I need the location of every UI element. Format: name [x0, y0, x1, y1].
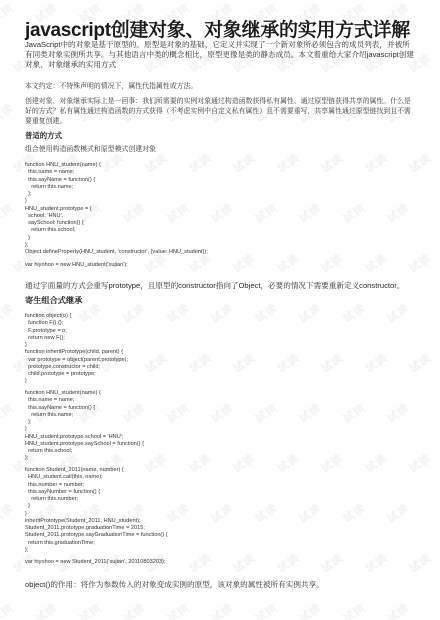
document-page: javascript创建对象、对象继承的实用方式详解 JavaScript中的对…: [0, 0, 440, 620]
code-line: }: [25, 235, 208, 242]
object-function-note: object()的作用：将作为参数传入的对象变成实例的原型，该对象的属性被所有实…: [25, 580, 417, 590]
code-line: return this.name;: [25, 412, 144, 419]
code-line: Student_2011.prototype.sayGraduationTime…: [25, 532, 168, 539]
code-line: };: [25, 242, 208, 249]
literal-prototype-note: 通过字面量的方式会重写prototype，且原型的constructor指向了O…: [25, 281, 417, 291]
code-line: saySchool: function() {: [25, 220, 208, 227]
code-line: this.sayName = function() {: [25, 405, 144, 412]
code-line: function object(o) {: [25, 313, 128, 320]
code-line: return this.school;: [25, 227, 208, 234]
section-heading-general: 普适的方式: [25, 130, 62, 141]
code-block-hnu-student: function HNU_student(name) { this.name =…: [25, 390, 144, 463]
code-line-instance-2011: var hiyohoo = new Student_2011('xujian',…: [25, 559, 165, 566]
code-line: };: [25, 455, 144, 462]
code-line: }: [25, 378, 128, 385]
page-title: javascript创建对象、对象继承的实用方式详解: [25, 15, 410, 42]
section-heading-parasitic-combination: 寄生组合式继承: [25, 295, 82, 306]
code-line: return this.number;: [25, 496, 168, 503]
code-line: function HNU_student(name) {: [25, 162, 208, 169]
section-subheading-combined-pattern: 组合使用构造函数模式和原型模式创建对象: [25, 145, 417, 155]
code-line: child.prototype = prototype;: [25, 371, 128, 378]
code-line: F.prototype = o;: [25, 328, 128, 335]
code-line: inheritPrototype(Student_2011, HNU_stude…: [25, 518, 168, 525]
code-line: HNU_student.call(this, name);: [25, 474, 168, 481]
code-line: prototype.constructor = child;: [25, 364, 128, 371]
code-line: this.name = name;: [25, 169, 208, 176]
code-line: }: [25, 511, 168, 518]
code-line: this.number = number;: [25, 482, 168, 489]
code-line: school: 'HNU',: [25, 213, 208, 220]
code-line: function Student_2011(name, number) {: [25, 467, 168, 474]
code-line: };: [25, 419, 144, 426]
code-line: var prototype = object(parent.prototype)…: [25, 357, 128, 364]
code-line: HNU_student.prototype.saySchool = functi…: [25, 441, 144, 448]
intro-paragraph: JavaScript中的对象是基于原型的。原型是对象的基础，它定义并实现了一个新…: [25, 40, 417, 70]
convention-paragraph: 本文约定：不特殊声明的情况下，属性代指属性或方法。: [25, 82, 417, 92]
code-block-inherit-prototype: function object(o) { function F() {}; F.…: [25, 313, 128, 386]
code-line: return this.name;: [25, 184, 208, 191]
code-line: }: [25, 503, 168, 510]
code-line: };: [25, 547, 168, 554]
code-block-constructor-prototype: function HNU_student(name) { this.name =…: [25, 162, 208, 256]
code-line: this.sayName = function() {: [25, 177, 208, 184]
code-line: return new F();: [25, 335, 128, 342]
code-line: function HNU_student(name) {: [25, 390, 144, 397]
code-line: this.sayNumber = function() {: [25, 489, 168, 496]
code-line: return this.school;: [25, 448, 144, 455]
code-line: }: [25, 198, 208, 205]
code-line: Student_2011.prototype.graduationTime = …: [25, 525, 168, 532]
code-line: return this.graduationTime;: [25, 540, 168, 547]
code-line: }: [25, 342, 128, 349]
code-line: Object.defineProperty(HNU_student, 'cons…: [25, 249, 208, 256]
code-line: function inheritPrototype(child, parent)…: [25, 349, 128, 356]
code-block-student-2011: function Student_2011(name, number) { HN…: [25, 467, 168, 554]
code-line: HNU_student.prototype.school = 'HNU';: [25, 434, 144, 441]
code-line: HNU_student.prototype = {: [25, 206, 208, 213]
code-line: };: [25, 191, 208, 198]
code-line-instance: var hiyohoo = new HNU_student('xujian');: [25, 262, 128, 269]
concept-paragraph: 创建对象、对象继承实际上是一回事：我们所需要的实例对象通过构造函数获得私有属性、…: [25, 97, 417, 127]
code-line: this.name = name;: [25, 397, 144, 404]
code-line: function F() {};: [25, 320, 128, 327]
code-line: }: [25, 426, 144, 433]
